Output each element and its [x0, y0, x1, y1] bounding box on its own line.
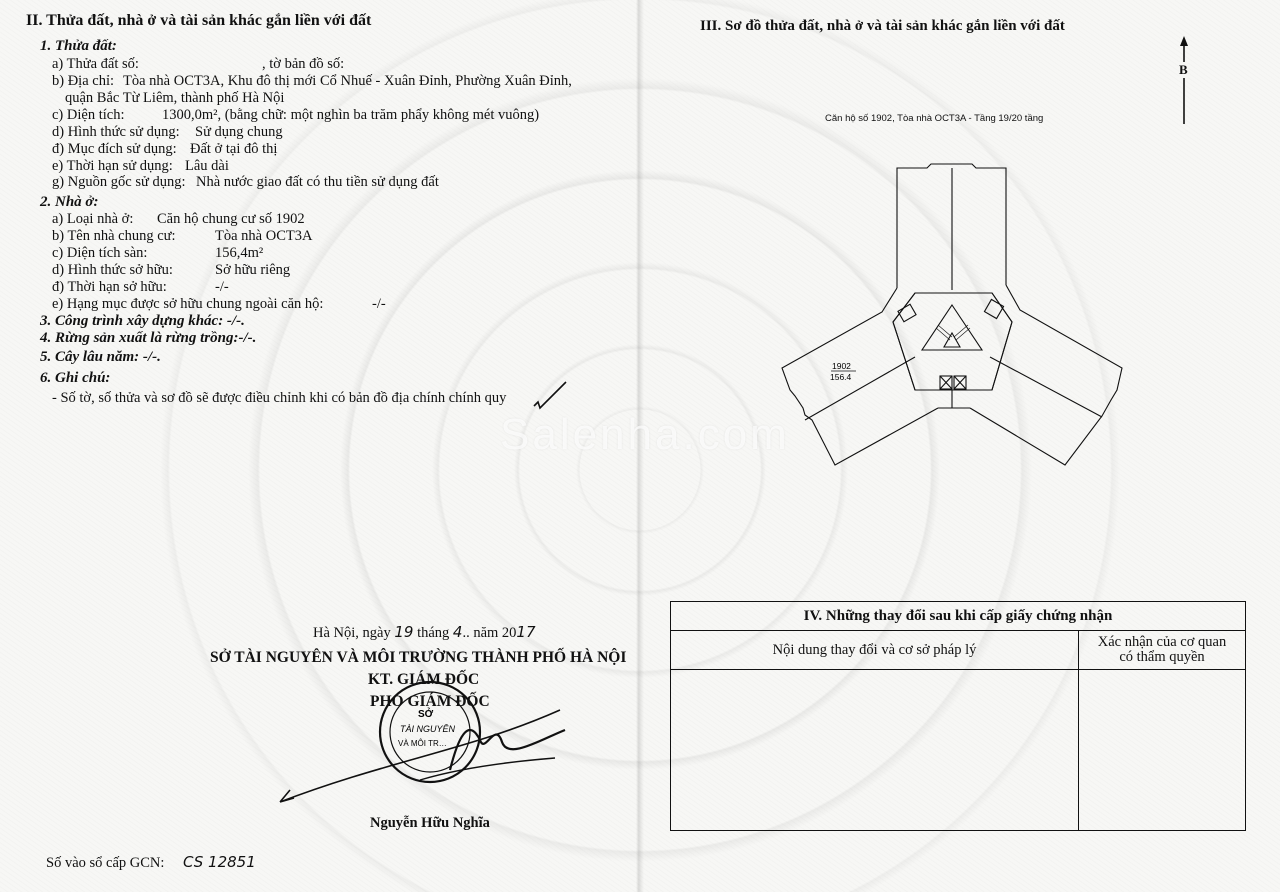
- land-use-form-value: Sử dụng chung: [195, 124, 283, 141]
- official-stamp-icon: SỞ TÀI NGUYÊN VÀ MÔI TR…: [270, 670, 570, 810]
- land-address-value-2: quận Bắc Từ Liêm, thành phố Hà Nội: [65, 90, 284, 107]
- land-use-purpose-label: đ) Mục đích sử dụng:: [52, 141, 177, 158]
- land-origin-value: Nhà nước giao đất có thu tiền sử dụng đấ…: [196, 174, 439, 191]
- shared-items-label: e) Hạng mục được sở hữu chung ngoài căn …: [52, 296, 323, 313]
- floor-plan-diagram: 1902 156.4: [770, 150, 1140, 480]
- land-area-value: 1300,0m², (bằng chữ: một nghìn ba trăm p…: [162, 107, 539, 124]
- changes-col-confirmation: Xác nhận của cơ quan có thẩm quyền: [1079, 631, 1246, 670]
- diagram-caption: Căn hộ số 1902, Tòa nhà OCT3A - Tầng 19/…: [825, 113, 1043, 124]
- ownership-term-label: đ) Thời hạn sở hữu:: [52, 279, 167, 296]
- land-origin-label: g) Nguồn gốc sử dụng:: [52, 174, 186, 191]
- year-label: năm 20: [473, 625, 516, 641]
- unit-number-label: 1902: [832, 361, 851, 371]
- land-address-value: Tòa nhà OCT3A, Khu đô thị mới Cổ Nhuế - …: [123, 73, 572, 90]
- place-date-prefix: Hà Nội, ngày: [313, 625, 391, 641]
- land-term-label: e) Thời hạn sử dụng:: [52, 158, 173, 175]
- building-name-value: Tòa nhà OCT3A: [215, 228, 312, 245]
- land-heading: 1. Thửa đất:: [40, 38, 117, 55]
- signer-name: Nguyễn Hữu Nghĩa: [370, 815, 490, 832]
- registry-label: Số vào sổ cấp GCN:: [46, 855, 164, 872]
- ownership-term-value: -/-: [215, 279, 229, 296]
- land-use-form-label: d) Hình thức sử dụng:: [52, 124, 180, 141]
- north-arrow-icon: [1174, 36, 1194, 126]
- section-ii-title: II. Thửa đất, nhà ở và tài sản khác gắn …: [26, 12, 371, 30]
- issuing-agency: SỞ TÀI NGUYÊN VÀ MÔI TRƯỜNG THÀNH PHỐ HÀ…: [210, 649, 626, 667]
- shared-items-value: -/-: [372, 296, 386, 313]
- floor-area-value: 156,4m²: [215, 245, 263, 262]
- perennial-trees: 5. Cây lâu năm: -/-.: [40, 349, 161, 366]
- svg-text:TÀI NGUYÊN: TÀI NGUYÊN: [400, 724, 456, 734]
- notes-heading: 6. Ghi chú:: [40, 370, 110, 387]
- floor-area-label: c) Diện tích sàn:: [52, 245, 147, 262]
- ownership-form-value: Sở hữu riêng: [215, 262, 290, 279]
- land-area-label: c) Diện tích:: [52, 107, 124, 124]
- production-forest: 4. Rừng sản xuất là rừng trồng:-/-.: [40, 330, 256, 347]
- land-parcel-label: a) Thửa đất số:: [52, 56, 139, 73]
- svg-text:SỞ: SỞ: [418, 707, 434, 720]
- changes-content-cell: [671, 670, 1079, 831]
- house-type-label: a) Loại nhà ở:: [52, 211, 133, 228]
- section-iii-title: III. Sơ đồ thửa đất, nhà ở và tài sản kh…: [700, 18, 1065, 35]
- svg-text:VÀ MÔI TR…: VÀ MÔI TR…: [398, 739, 447, 748]
- changes-table-title: IV. Những thay đổi sau khi cấp giấy chứn…: [671, 602, 1246, 631]
- north-label: B: [1179, 62, 1188, 78]
- col-confirmation-line1: Xác nhận của cơ quan: [1098, 634, 1226, 650]
- changes-confirmation-cell: [1079, 670, 1246, 831]
- land-address-label: b) Địa chỉ:: [52, 73, 114, 90]
- month-label: tháng: [417, 625, 449, 641]
- notes-text: - Số tờ, số thửa và sơ đồ sẽ được điều c…: [52, 390, 506, 407]
- land-map-sheet-label: , tờ bản đồ số:: [262, 56, 344, 73]
- land-use-purpose-value: Đất ở tại đô thị: [190, 141, 277, 158]
- watermark: Salenha.com: [500, 410, 790, 460]
- other-works: 3. Công trình xây dựng khác: -/-.: [40, 313, 245, 330]
- building-name-label: b) Tên nhà chung cư:: [52, 228, 176, 245]
- issue-year: 17: [516, 623, 535, 641]
- changes-col-content: Nội dung thay đổi và cơ sở pháp lý: [671, 631, 1079, 670]
- house-type-value: Căn hộ chung cư số 1902: [157, 211, 305, 228]
- issue-day: 19: [394, 623, 413, 641]
- ownership-form-label: d) Hình thức sở hữu:: [52, 262, 173, 279]
- place-date: Hà Nội, ngày 19 tháng 4.. năm 2017: [313, 623, 536, 642]
- handwritten-mark-icon: [530, 378, 570, 410]
- house-heading: 2. Nhà ở:: [40, 194, 98, 211]
- col-confirmation-line2: có thẩm quyền: [1119, 649, 1204, 665]
- registry-number: CS 12851: [183, 853, 256, 871]
- land-term-value: Lâu dài: [185, 158, 229, 175]
- unit-area-label: 156.4: [830, 372, 852, 382]
- changes-table: IV. Những thay đổi sau khi cấp giấy chứn…: [670, 601, 1246, 831]
